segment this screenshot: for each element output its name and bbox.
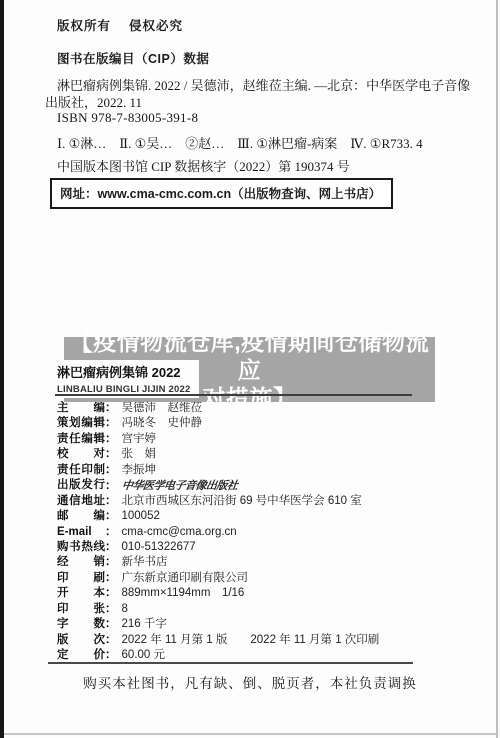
colophon-row: 责任编辑：宫宇婷 (57, 432, 457, 447)
colophon-value: 216 千字 (122, 618, 167, 630)
colophon-value: 2022 年 11 月第 1 版 2022 年 11 月第 1 次印刷 (122, 634, 380, 646)
colophon-value: 889mm×1194mm 1/16 (122, 587, 245, 599)
colophon-row: E-mail：cma-cmc@cma.org.cn (57, 525, 457, 540)
colophon-row: 购书热线：010-51322677 (57, 540, 457, 555)
colophon-value: 宫宇婷 (122, 433, 157, 445)
footer-divider-rule (48, 662, 413, 664)
colophon-colon: ： (105, 510, 117, 522)
colophon-value: 8 (122, 603, 128, 615)
colophon-colon: ： (105, 480, 117, 492)
colophon-value: 张 娟 (122, 448, 157, 460)
colophon-row: 版 次：2022 年 11 月第 1 版 2022 年 11 月第 1 次印刷 (57, 633, 457, 648)
colophon-value: 中华医学电子音像出版社 (120, 478, 238, 493)
scan-edge-left (0, 0, 4, 738)
colophon-row: 印 刷：广东新京通印刷有限公司 (57, 571, 457, 586)
cip-classification: Ⅰ. ①淋… Ⅱ. ①吴… ②赵… Ⅲ. ①淋巴瘤-病案 Ⅳ. ①R733. 4 (57, 133, 423, 152)
isbn-number: ISBN 978-7-83005-391-8 (57, 110, 198, 126)
colophon-colon: ： (105, 433, 117, 445)
colophon-colon: ： (105, 448, 117, 460)
colophon-label: 字 数 (57, 617, 105, 632)
colophon-label: 出版发行 (57, 478, 105, 493)
colophon-row: 开 本：889mm×1194mm 1/16 (57, 586, 457, 601)
colophon-label: 策划编辑 (57, 416, 105, 431)
publisher-website-text: 网址：www.cma-cmc.com.cn（出版物查询、网上书店） (60, 187, 381, 201)
colophon-label: E-mail (57, 525, 105, 540)
colophon-row: 邮 编：100052 (57, 509, 457, 524)
book-copyright-page: 版权所有侵权必究 图书在版编目（CIP）数据 淋巴瘤病例集锦. 2022 / 吴… (0, 0, 500, 738)
colophon-label: 通信地址 (57, 494, 105, 509)
colophon-label: 版 次 (57, 633, 105, 648)
copyright-notice-part1: 版权所有 (57, 19, 111, 33)
colophon-list: 主 编：吴德沛 赵维莅策划编辑：冯晓冬 史仲静责任编辑：宫宇婷校 对：张 娟责任… (57, 401, 457, 663)
colophon-label: 印 张 (57, 602, 105, 617)
copyright-notice: 版权所有侵权必究 (57, 16, 183, 34)
colophon-colon: ： (105, 402, 117, 414)
colophon-value: 北京市西城区东河沿街 69 号中华医学会 610 室 (122, 495, 362, 507)
colophon-colon: ： (105, 603, 117, 615)
colophon-colon: ： (105, 495, 117, 507)
colophon-row: 责任印制：李振坤 (57, 463, 457, 478)
cip-entry-line2: 出版社，2022. 11 (45, 92, 142, 111)
colophon-label: 开 本 (57, 586, 105, 601)
colophon-row: 出版发行：中华医学电子音像出版社 (57, 478, 457, 493)
scan-edge-bottom (4, 733, 497, 735)
colophon-colon: ： (105, 618, 117, 630)
colophon-colon: ： (105, 587, 117, 599)
colophon-value: 吴德沛 赵维莅 (122, 402, 203, 414)
colophon-value: 李振坤 (122, 464, 157, 476)
colophon-value: 冯晓冬 史仲静 (122, 417, 203, 429)
title-divider-rule (55, 394, 412, 396)
colophon-colon: ： (105, 417, 117, 429)
scan-edge-right (496, 0, 498, 738)
watermark-line2: 对措施】 (203, 384, 297, 412)
colophon-colon: ： (105, 634, 117, 646)
colophon-row: 经 销：新华书店 (57, 555, 457, 570)
colophon-label: 邮 编 (57, 509, 105, 524)
colophon-label: 印 刷 (57, 571, 105, 586)
publisher-website-box: 网址：www.cma-cmc.com.cn（出版物查询、网上书店） (50, 178, 393, 209)
colophon-row: 印 张：8 (57, 602, 457, 617)
colophon-colon: ： (105, 649, 117, 661)
colophon-colon: ： (105, 464, 117, 476)
colophon-label: 责任印制 (57, 463, 105, 478)
colophon-colon: ： (105, 541, 117, 553)
colophon-label: 责任编辑 (57, 432, 105, 447)
colophon-value: 新华书店 (122, 556, 168, 568)
colophon-label: 校 对 (57, 447, 105, 462)
colophon-colon: ： (105, 556, 117, 568)
colophon-colon: ： (105, 572, 117, 584)
colophon-colon: ： (105, 526, 117, 538)
cip-heading: 图书在版编目（CIP）数据 (57, 49, 209, 67)
colophon-label: 主 编 (57, 401, 105, 416)
colophon-row: 字 数：216 千字 (57, 617, 457, 632)
book-title-block: 淋巴瘤病例集锦 2022 LINBALIU BINGLI JIJIN 2022 (50, 360, 199, 398)
copyright-notice-part2: 侵权必究 (129, 19, 183, 33)
colophon-value: 60.00 元 (122, 649, 165, 661)
colophon-row: 策划编辑：冯晓冬 史仲静 (57, 416, 457, 431)
colophon-row: 校 对：张 娟 (57, 447, 457, 462)
colophon-row: 通信地址：北京市西城区东河沿街 69 号中华医学会 610 室 (57, 494, 457, 509)
book-title-cn: 淋巴瘤病例集锦 2022 (57, 362, 190, 381)
colophon-value: 010-51322677 (122, 541, 196, 553)
colophon-value: 100052 (122, 510, 160, 522)
colophon-label: 经 销 (57, 555, 105, 570)
colophon-label: 购书热线 (57, 540, 105, 555)
colophon-value: 广东新京通印刷有限公司 (122, 572, 249, 584)
colophon-value: cma-cmc@cma.org.cn (122, 526, 237, 538)
footer-exchange-note: 购买本社图书，凡有缺、倒、脱页者，本社负责调换 (0, 672, 500, 692)
cip-record-number: 中国版本图书馆 CIP 数据核字（2022）第 190374 号 (57, 156, 350, 175)
